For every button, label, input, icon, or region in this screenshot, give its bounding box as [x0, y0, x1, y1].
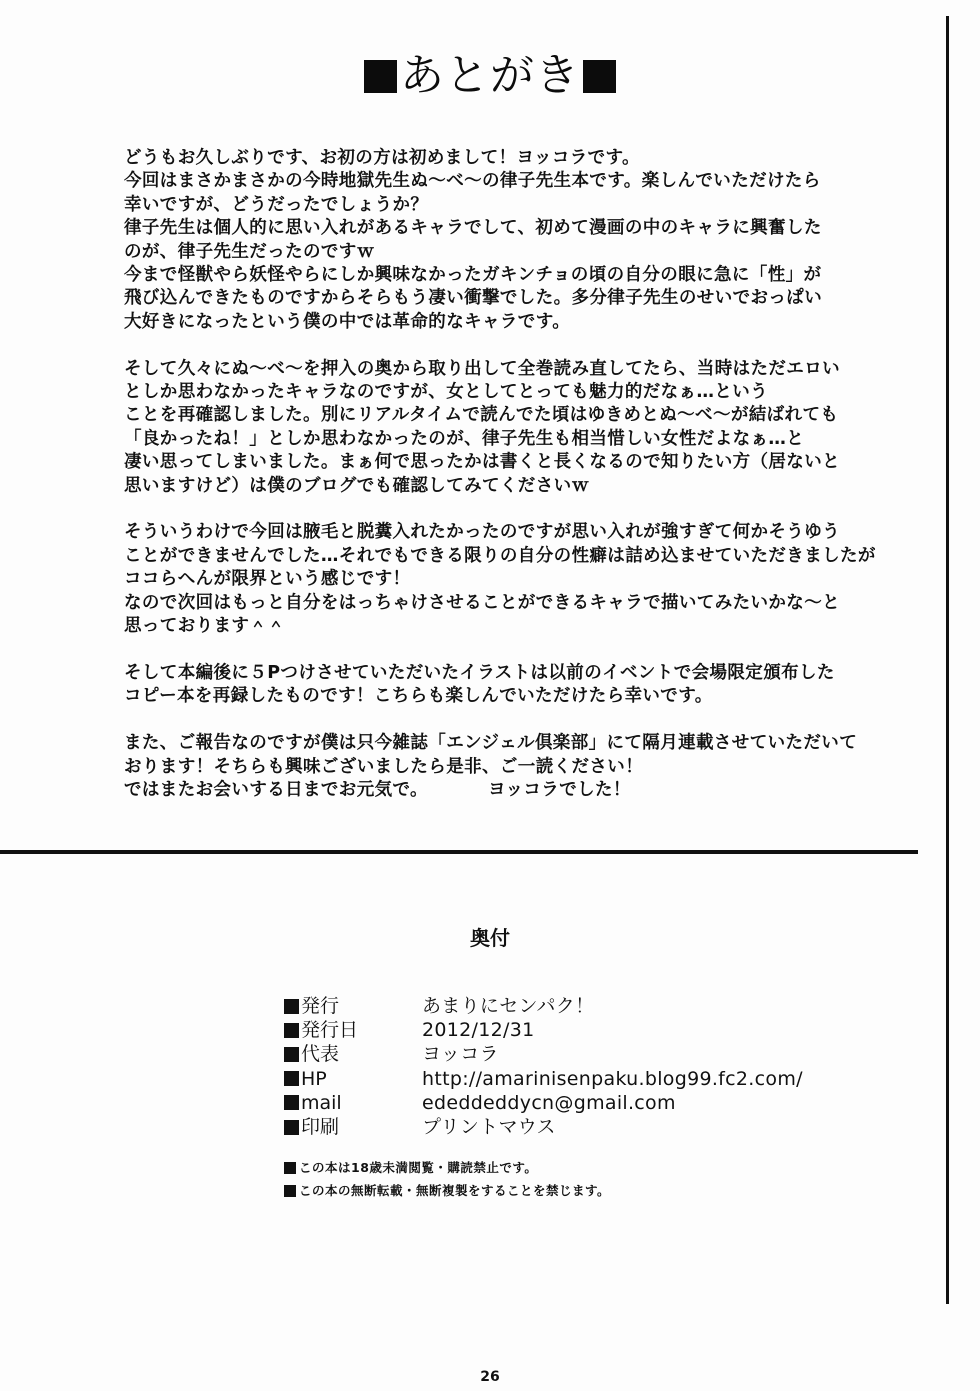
document-page: あとがき どうもお久しぶりです、お初の方は初めまして！ヨッコラです。 今回はまさ… [0, 0, 980, 1391]
text-line: どうもお久しぶりです、お初の方は初めまして！ヨッコラです。 [124, 147, 944, 170]
text-line: 今回はまさかまさかの今時地獄先生ぬ〜べ〜の律子先生本です。楽しんでいただけたら [124, 170, 944, 193]
colophon-key: HP [301, 1067, 327, 1091]
author-signature: ヨッコラでした！ [488, 779, 631, 802]
black-square-icon [284, 1185, 296, 1197]
afterword-paragraph-1: どうもお久しぶりです、お初の方は初めまして！ヨッコラです。 今回はまさかまさかの… [124, 147, 944, 334]
page-number: 26 [0, 1368, 980, 1386]
text-line: ことを再確認しました。別にリアルタイムで読んでた頃はゆきめとぬ〜べ〜が結ばれても [124, 404, 944, 427]
black-square-icon [284, 1095, 299, 1110]
afterword-paragraph-3: そういうわけで今回は腋毛と脱糞入れたかったのですが思い入れが強すぎて何かそうゆう… [124, 521, 944, 638]
text-line: 今まで怪獣やら妖怪やらにしか興味なかったガキンチョの頃の自分の眼に急に「性」が [124, 264, 944, 287]
text-line: 思いますけど）は僕のブログでも確認してみてくださいｗ [124, 475, 944, 498]
black-square-icon [284, 1023, 299, 1038]
closing-text: ではまたお会いする日までお元気で。 [124, 780, 428, 800]
colophon-value: あまりにセンパク！ [422, 994, 594, 1018]
text-line: のが、律子先生だったのですｗ [124, 241, 944, 264]
colophon-key: 発行 [301, 994, 339, 1018]
homepage-url: http://amarinisenpaku.blog99.fc2.com/ [422, 1067, 803, 1091]
black-square-icon [284, 1047, 299, 1062]
text-line: ことができませんでした…それでもできる限りの自分の性癖は詰め込ませていただきまし… [124, 545, 944, 568]
black-square-icon [284, 999, 299, 1014]
closing-line: ではまたお会いする日までお元気で。ヨッコラでした！ [124, 779, 944, 802]
afterword-body: どうもお久しぶりです、お初の方は初めまして！ヨッコラです。 今回はまさかまさかの… [124, 147, 944, 826]
colophon-row-printer: 印刷 プリントマウス [284, 1115, 803, 1139]
legal-notices: この本は18歳未満閲覧・購読禁止です。 この本の無断転載・無断複製をすることを禁… [284, 1156, 610, 1202]
afterword-paragraph-5: また、ご報告なのですが僕は只今雑誌「エンジェル倶楽部」にて隔月連載させていただい… [124, 732, 944, 802]
text-line: 大好きになったという僕の中では革命的なキャラです。 [124, 311, 944, 334]
black-square-icon [583, 60, 616, 93]
colophon-key: 印刷 [301, 1115, 339, 1139]
black-square-icon [284, 1162, 296, 1174]
text-line: 律子先生は個人的に思い入れがあるキャラでして、初めて漫画の中のキャラに興奮した [124, 217, 944, 240]
text-line: 幸いですが、どうだったでしょうか？ [124, 194, 944, 217]
text-line: 飛び込んできたものですからそらもう凄い衝撃でした。多分律子先生のせいでおっぱい [124, 287, 944, 310]
notice-age-restriction: この本は18歳未満閲覧・購読禁止です。 [284, 1156, 610, 1179]
afterword-heading-text: あとがき [400, 50, 580, 101]
text-line: コピー本を再録したものです！こちらも楽しんでいただけたら幸いです。 [124, 685, 944, 708]
text-line: 思っております＾＾ [124, 615, 944, 638]
colophon-row-publisher: 発行 あまりにセンパク！ [284, 994, 803, 1018]
afterword-heading: あとがき [0, 46, 980, 106]
colophon-heading: 奥付 [0, 924, 980, 952]
email-address: ededdeddycn@gmail.com [422, 1091, 676, 1115]
colophon-table: 発行 あまりにセンパク！ 発行日 2012/12/31 代表 ヨッコラ HP h… [284, 994, 803, 1139]
colophon-value: 2012/12/31 [422, 1018, 535, 1042]
black-square-icon [284, 1120, 299, 1135]
section-divider [0, 850, 918, 854]
text-line: そういうわけで今回は腋毛と脱糞入れたかったのですが思い入れが強すぎて何かそうゆう [124, 521, 944, 544]
colophon-key: 発行日 [301, 1018, 358, 1042]
page-edge-vertical-rule [946, 16, 949, 1304]
afterword-paragraph-2: そして久々にぬ〜べ〜を押入の奥から取り出して全巻読み直してたら、当時はただエロい… [124, 358, 944, 498]
afterword-paragraph-4: そして本編後に５Pつけさせていただいたイラストは以前のイベントで会場限定頒布した… [124, 662, 944, 709]
text-line: そして本編後に５Pつけさせていただいたイラストは以前のイベントで会場限定頒布した [124, 662, 944, 685]
colophon-row-mail: mail ededdeddycn@gmail.com [284, 1091, 803, 1115]
notice-no-reproduction: この本の無断転載・無断複製をすることを禁じます。 [284, 1179, 610, 1202]
text-line: おります！そちらも興味ございましたら是非、ご一読ください！ [124, 756, 944, 779]
colophon-value: プリントマウス [422, 1115, 556, 1139]
colophon-key: 代表 [301, 1042, 339, 1066]
colophon-row-homepage: HP http://amarinisenpaku.blog99.fc2.com/ [284, 1067, 803, 1091]
black-square-icon [284, 1071, 299, 1086]
text-line: 「良かったね！」としか思わなかったのが、律子先生も相当惜しい女性だよなぁ…と [124, 428, 944, 451]
text-line: 凄い思ってしまいました。まぁ何で思ったかは書くと長くなるので知りたい方（居ないと [124, 451, 944, 474]
colophon-row-representative: 代表 ヨッコラ [284, 1042, 803, 1066]
text-line: そして久々にぬ〜べ〜を押入の奥から取り出して全巻読み直してたら、当時はただエロい [124, 358, 944, 381]
colophon-row-date: 発行日 2012/12/31 [284, 1018, 803, 1042]
colophon-value: ヨッコラ [422, 1042, 499, 1066]
text-line: また、ご報告なのですが僕は只今雑誌「エンジェル倶楽部」にて隔月連載させていただい… [124, 732, 944, 755]
colophon-key: mail [301, 1091, 342, 1115]
black-square-icon [364, 60, 397, 93]
text-line: としか思わなかったキャラなのですが、女としてとっても魅力的だなぁ…という [124, 381, 944, 404]
text-line: ココらへんが限界という感じです！ [124, 568, 944, 591]
text-line: なので次回はもっと自分をはっちゃけさせることができるキャラで描いてみたいかな〜と [124, 592, 944, 615]
